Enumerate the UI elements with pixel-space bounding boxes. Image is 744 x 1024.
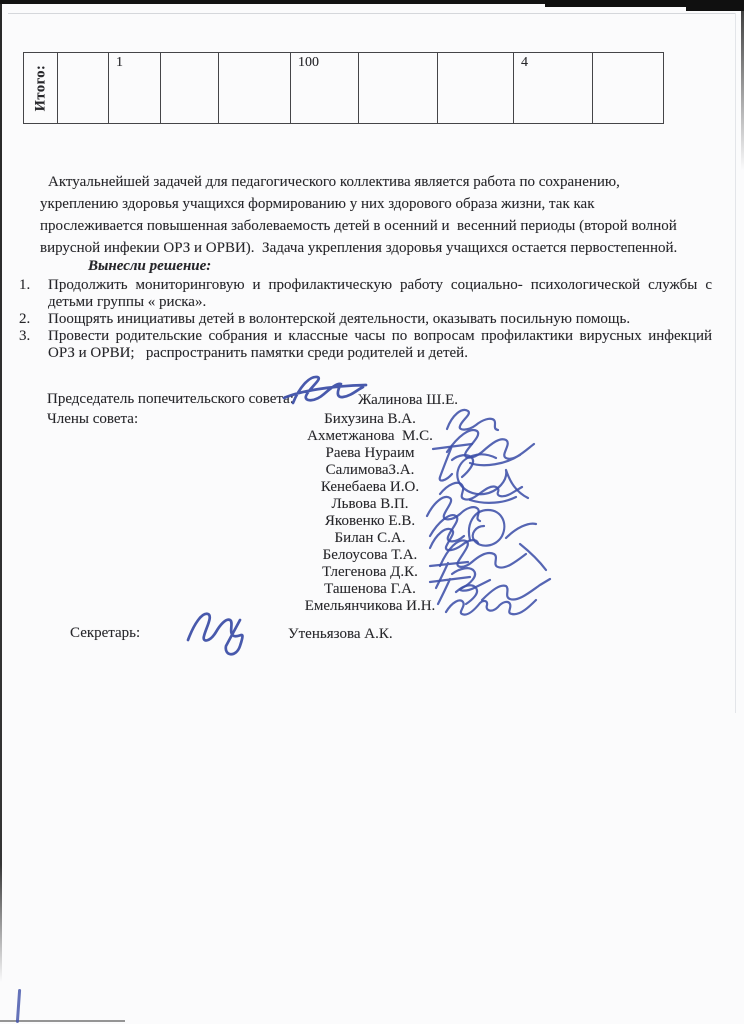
signature-secretary bbox=[188, 614, 242, 654]
totals-table: Итого: 1 100 4 bbox=[23, 52, 664, 124]
members-list: Бихузина В.А. Ахметжанова М.С. Раева Нур… bbox=[255, 411, 485, 615]
table-value: 4 bbox=[521, 55, 528, 70]
chairman-name: Жалинова Ш.Е. bbox=[358, 392, 458, 409]
paragraph-line: укреплению здоровья учащихся формировани… bbox=[40, 193, 720, 215]
table-cell: 100 bbox=[291, 53, 359, 123]
secretary-name: Утеньязова А.К. bbox=[288, 626, 393, 643]
table-cell bbox=[438, 53, 514, 123]
member-name: Тлегенова Д.К. bbox=[255, 564, 485, 581]
scan-artifact-top-corner bbox=[686, 0, 744, 11]
member-name: Бихузина В.А. bbox=[255, 411, 485, 428]
member-name: Львова В.П. bbox=[255, 496, 485, 513]
totals-row-label: Итого: bbox=[32, 65, 49, 112]
decision-item: 3. Провести родительские собрания и клас… bbox=[15, 328, 712, 362]
members-label: Члены совета: bbox=[47, 411, 138, 428]
table-cell: 1 bbox=[109, 53, 161, 123]
table-cell-row-label: Итого: bbox=[24, 53, 58, 123]
member-name: СалимоваЗ.А. bbox=[255, 462, 485, 479]
scanned-document-page: Итого: 1 100 4 Актуальнейшей задачей для… bbox=[0, 0, 744, 1024]
table-value: 1 bbox=[116, 55, 123, 70]
chairman-label: Председатель попечительского совета: bbox=[47, 391, 294, 408]
member-name: Ахметжанова М.С. bbox=[255, 428, 485, 445]
scan-artifact-blue-mark bbox=[16, 989, 21, 1023]
decision-item: 1. Продолжить мониторинговую и профилакт… bbox=[15, 277, 712, 311]
table-cell bbox=[58, 53, 109, 123]
table-cell bbox=[593, 53, 663, 123]
member-name: Емельянчикова И.Н. bbox=[255, 598, 485, 615]
member-name: Ташенова Г.А. bbox=[255, 581, 485, 598]
table-value: 100 bbox=[298, 55, 319, 70]
secretary-label: Секретарь: bbox=[70, 625, 140, 642]
decision-item: 2. Поощрять инициативы детей в волонтерс… bbox=[15, 311, 712, 328]
decision-item-text: Продолжить мониторинговую и профилактиче… bbox=[48, 277, 712, 311]
paragraph-line: прослеживается повышенная заболеваемость… bbox=[40, 215, 720, 237]
table-cell bbox=[161, 53, 219, 123]
decision-item-number: 3. bbox=[15, 328, 48, 362]
decision-item-text: Провести родительские собрания и классны… bbox=[48, 328, 712, 362]
member-name: Раева Нураим bbox=[255, 445, 485, 462]
table-cell bbox=[219, 53, 291, 123]
decision-list: 1. Продолжить мониторинговую и профилакт… bbox=[15, 277, 712, 362]
table-cell bbox=[359, 53, 438, 123]
member-name: Яковенко Е.В. bbox=[255, 513, 485, 530]
member-name: Белоусова Т.А. bbox=[255, 547, 485, 564]
intro-paragraph: Актуальнейшей задачей для педагогическог… bbox=[40, 171, 720, 259]
decision-item-text: Поощрять инициативы детей в волонтерской… bbox=[48, 311, 712, 328]
scan-artifact-page-edge-vertical bbox=[735, 13, 736, 713]
decision-item-number: 2. bbox=[15, 311, 48, 328]
member-name: Билан С.А. bbox=[255, 530, 485, 547]
decision-item-number: 1. bbox=[15, 277, 48, 311]
scan-artifact-page-edge-horizontal bbox=[8, 13, 735, 14]
decision-heading: Вынесли решение: bbox=[88, 258, 211, 275]
member-name: Кенебаева И.О. bbox=[255, 479, 485, 496]
paragraph-line: Актуальнейшей задачей для педагогическог… bbox=[40, 171, 720, 193]
scan-artifact-left-edge bbox=[0, 0, 2, 982]
paragraph-line: вирусной инфекии ОРЗ и ОРВИ). Задача укр… bbox=[40, 237, 720, 259]
signature-chairman bbox=[284, 377, 366, 403]
table-cell: 4 bbox=[514, 53, 593, 123]
